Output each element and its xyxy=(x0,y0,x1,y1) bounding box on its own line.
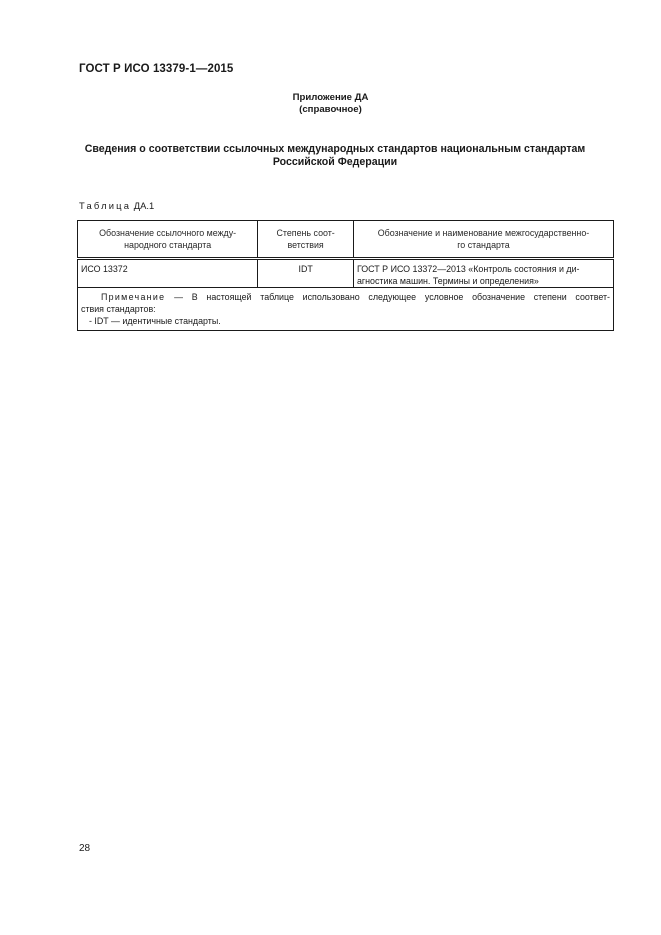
table-caption-word: Таблица xyxy=(79,200,131,211)
column-header-national-standard: Обозначение и наименование межгосударств… xyxy=(353,221,613,259)
section-title: Сведения о соответствии ссылочных междун… xyxy=(70,143,600,169)
table-note: Примечание — В настоящей таблице использ… xyxy=(78,288,614,331)
annex-heading: Приложение ДА (справочное) xyxy=(0,92,661,116)
cell-ref-standard: ИСО 13372 xyxy=(78,259,258,288)
table-note-row: Примечание — В настоящей таблице использ… xyxy=(78,288,614,331)
section-title-line1: Сведения о соответствии ссылочных междун… xyxy=(70,143,600,156)
table-row: ИСО 13372 IDT ГОСТ Р ИСО 13372—2013 «Кон… xyxy=(78,259,614,288)
annex-subtitle: (справочное) xyxy=(0,104,661,116)
cell-national-standard: ГОСТ Р ИСО 13372—2013 «Контроль состояни… xyxy=(353,259,613,288)
document-code: ГОСТ Р ИСО 13379-1—2015 xyxy=(79,63,233,75)
column-header-degree: Степень соот- ветствия xyxy=(258,221,354,259)
table-caption-id: ДА.1 xyxy=(134,200,154,211)
column-header-ref-standard: Обозначение ссылочного между- народного … xyxy=(78,221,258,259)
table-header-row: Обозначение ссылочного между- народного … xyxy=(78,221,614,259)
cell-degree: IDT xyxy=(258,259,354,288)
standards-correspondence-table: Обозначение ссылочного между- народного … xyxy=(77,220,614,331)
note-label: Примечание xyxy=(101,292,165,302)
annex-title: Приложение ДА xyxy=(0,92,661,104)
note-line1: Примечание — В настоящей таблице использ… xyxy=(81,291,610,303)
table-caption: Таблица ДА.1 xyxy=(79,200,154,211)
note-line2: ствия стандартов: xyxy=(81,303,610,315)
note-item: - IDT — идентичные стандарты. xyxy=(81,315,610,327)
page-number: 28 xyxy=(79,843,90,854)
section-title-line2: Российской Федерации xyxy=(70,156,600,169)
